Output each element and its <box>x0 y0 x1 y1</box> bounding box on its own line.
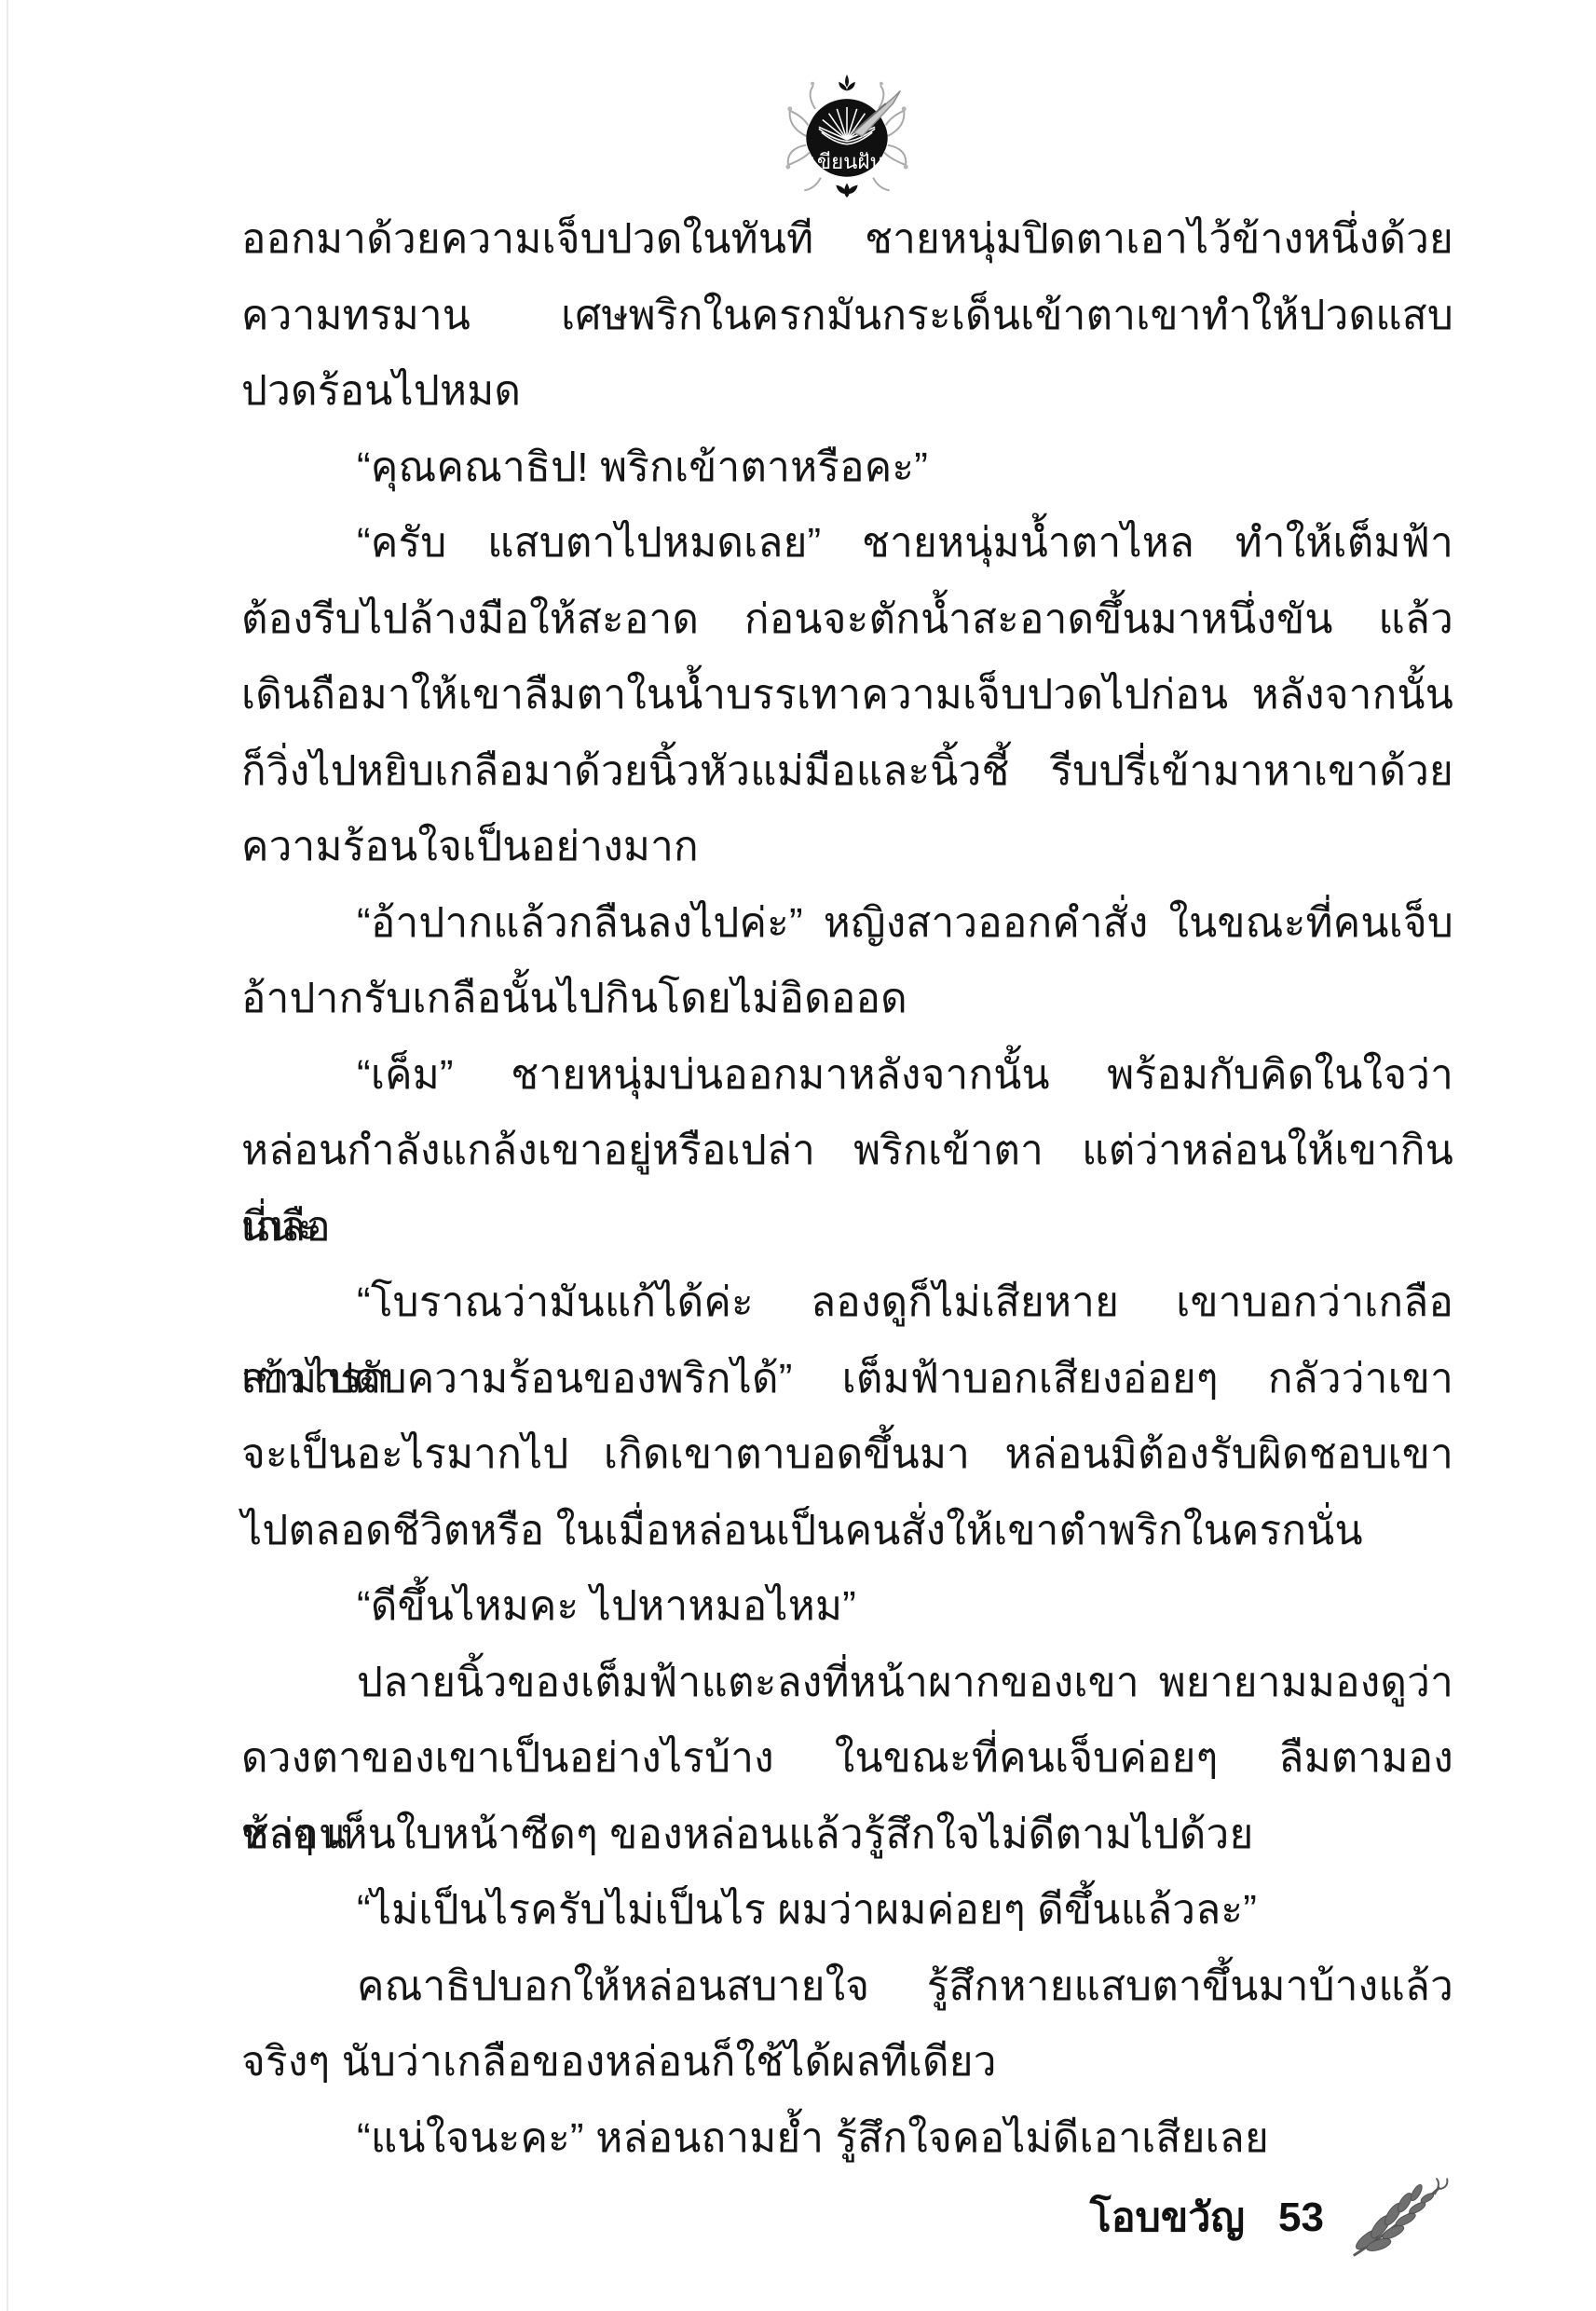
text-line: “เค็ม” ชายหนุ่มบ่นออกมาหลังจากนั้น พร้อม… <box>241 1037 1453 1114</box>
text-line: เดินถือมาให้เขาลืมตาในน้ำบรรเทาความเจ็บป… <box>241 657 1453 733</box>
publisher-logo-icon: เขียนฝัน <box>779 73 915 199</box>
text-line: คณาธิปบอกให้หล่อนสบายใจ รู้สึกหายแสบตาขึ… <box>241 1949 1453 2025</box>
text-line: ออกมาด้วยความเจ็บปวดในทันที ชายหนุ่มปิดต… <box>241 201 1453 278</box>
text-line: ช้าๆ เห็นใบหน้าซีดๆ ของหล่อนแล้วรู้สึกใจ… <box>241 1797 1453 1873</box>
text-line: จริงๆ นับว่าเกลือของหล่อนก็ใช้ได้ผลทีเดี… <box>241 2024 1453 2100</box>
page-footer: โอบขวัญ 53 <box>1090 2171 1449 2264</box>
page-edge-shadow <box>7 0 8 2311</box>
text-line: ความทรมาน เศษพริกในครกมันกระเด็นเข้าตาเข… <box>241 278 1453 354</box>
text-line: “แน่ใจนะคะ” หล่อนถามย้ำ รู้สึกใจคอไม่ดีเ… <box>241 2100 1453 2177</box>
text-line: นี่นะ <box>241 1189 1453 1265</box>
text-line: “ครับ แสบตาไปหมดเลย” ชายหนุ่มน้ำตาไหล ทำ… <box>241 505 1453 581</box>
text-line: ต้องรีบไปล้างมือให้สะอาด ก่อนจะตักน้ำสะอ… <box>241 581 1453 658</box>
text-line: ไปตลอดชีวิตหรือ ในเมื่อหล่อนเป็นคนสั่งให… <box>241 1493 1453 1569</box>
text-line: “ดีขึ้นไหมคะ ไปหาหมอไหม” <box>241 1568 1453 1645</box>
text-line: “ไม่เป็นไรครับไม่เป็นไร ผมว่าผมค่อยๆ ดีข… <box>241 1872 1453 1949</box>
text-line: ดวงตาของเขาเป็นอย่างไรบ้าง ในขณะที่คนเจ็… <box>241 1720 1453 1797</box>
text-line: “อ้าปากแล้วกลืนลงไปค่ะ” หญิงสาวออกคำสั่ง… <box>241 885 1453 962</box>
text-line: “คุณคณาธิป! พริกเข้าตาหรือคะ” <box>241 430 1453 506</box>
body-text: ออกมาด้วยความเจ็บปวดในทันที ชายหนุ่มปิดต… <box>241 201 1453 2176</box>
book-title: โอบขวัญ <box>1090 2171 1245 2264</box>
text-line: ปลายนิ้วของเต็มฟ้าแตะลงที่หน้าผากของเขา … <box>241 1645 1453 1721</box>
text-line: จะเป็นอะไรมากไป เกิดเขาตาบอดขึ้นมา หล่อน… <box>241 1416 1453 1493</box>
fern-leaf-icon <box>1348 2173 1449 2263</box>
text-line: ปวดร้อนไปหมด <box>241 353 1453 430</box>
text-line: ความร้อนใจเป็นอย่างมาก <box>241 809 1453 885</box>
publisher-logo: เขียนฝัน <box>779 73 915 199</box>
page-number: 53 <box>1278 2171 1324 2264</box>
text-line: “โบราณว่ามันแก้ได้ค่ะ ลองดูก็ไม่เสียหาย … <box>241 1265 1453 1341</box>
text-line: เข้าไปดับความร้อนของพริกได้” เต็มฟ้าบอกเ… <box>241 1341 1453 1417</box>
text-line: ก็วิ่งไปหยิบเกลือมาด้วยนิ้วหัวแม่มือและน… <box>241 733 1453 810</box>
publisher-logo-text: เขียนฝัน <box>810 150 884 173</box>
text-line: อ้าปากรับเกลือนั้นไปกินโดยไม่อิดออด <box>241 961 1453 1037</box>
text-line: หล่อนกำลังแกล้งเขาอยู่หรือเปล่า พริกเข้า… <box>241 1113 1453 1189</box>
book-page: เขียนฝัน ออกมาด้วยความเจ็บปวดในทันที ชาย… <box>0 0 1596 2311</box>
